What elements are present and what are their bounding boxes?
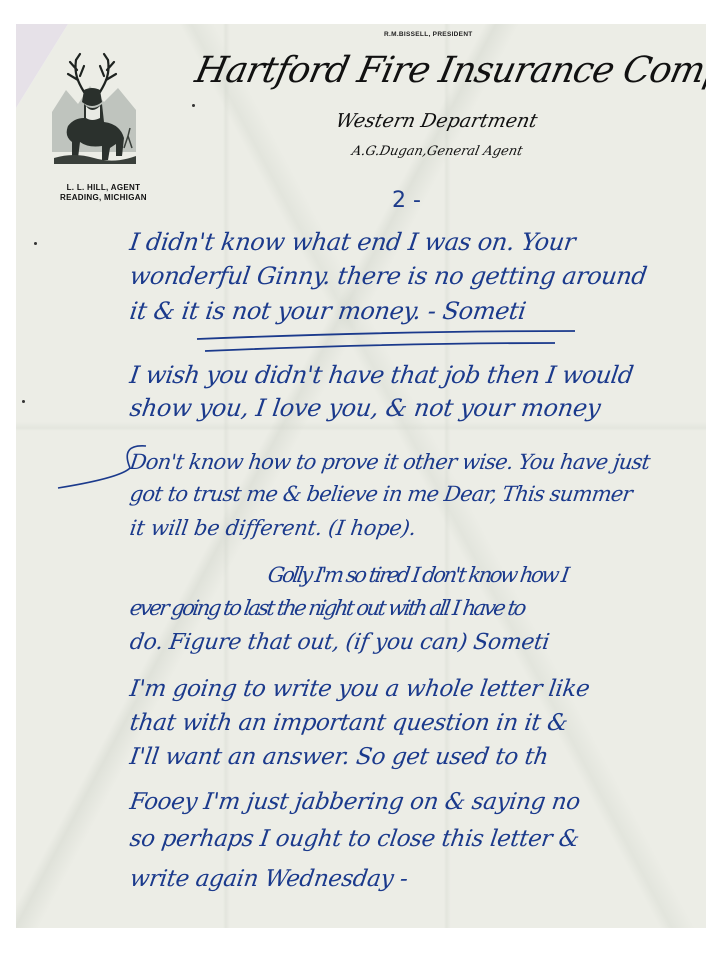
handwritten-line: do. Figure that out, (if you can) Someti — [128, 630, 551, 655]
handwritten-line: it will be different. (I hope). — [128, 516, 417, 540]
paper-speck — [34, 242, 37, 245]
handwritten-line: Golly I'm so tired I don't know how I — [266, 563, 569, 587]
company-name: Hartford Fire Insurance Company — [192, 50, 701, 91]
agent-location: READING, MICHIGAN — [60, 193, 147, 203]
page-number: 2 - — [392, 188, 421, 213]
handwritten-line: I'm going to write you a whole letter li… — [128, 676, 591, 702]
agent-name: L. L. HILL, AGENT — [60, 183, 147, 193]
paper-speck — [192, 104, 195, 107]
handwritten-line: I wish you didn't have that job then I w… — [128, 361, 635, 389]
handwritten-line: show you, I love you, & not your money — [128, 394, 602, 422]
elk-icon — [44, 52, 144, 170]
handwritten-line: I didn't know what end I was on. Your — [128, 228, 577, 256]
paper-speck — [22, 400, 25, 403]
general-agent: A.G.Dugan,General Agent — [350, 144, 524, 159]
handwritten-line: that with an important question in it & — [128, 710, 569, 736]
letter-content: R.M.BISSELL, PRESIDENT Hartford Fire Ins… — [0, 0, 706, 960]
handwritten-line: so perhaps I ought to close this letter … — [128, 826, 581, 852]
department-name: Western Department — [334, 110, 540, 132]
handwritten-line: got to trust me & believe in me Dear, Th… — [128, 482, 633, 506]
president-line: R.M.BISSELL, PRESIDENT — [384, 31, 473, 38]
double-underline — [195, 325, 615, 355]
handwritten-line: wonderful Ginny. there is no getting aro… — [128, 262, 649, 290]
handwritten-line: Don't know how to prove it other wise. Y… — [128, 450, 651, 474]
handwritten-line: I'll want an answer. So get used to th — [128, 744, 550, 770]
handwritten-line: ever going to last the night out with al… — [128, 596, 525, 620]
handwritten-line: it & it is not your money. - Someti — [128, 297, 528, 325]
handwritten-line: write again Wednesday - — [128, 866, 409, 892]
agent-info: L. L. HILL, AGENT READING, MICHIGAN — [60, 183, 147, 203]
handwritten-line: Fooey I'm just jabbering on & saying no — [128, 789, 581, 815]
